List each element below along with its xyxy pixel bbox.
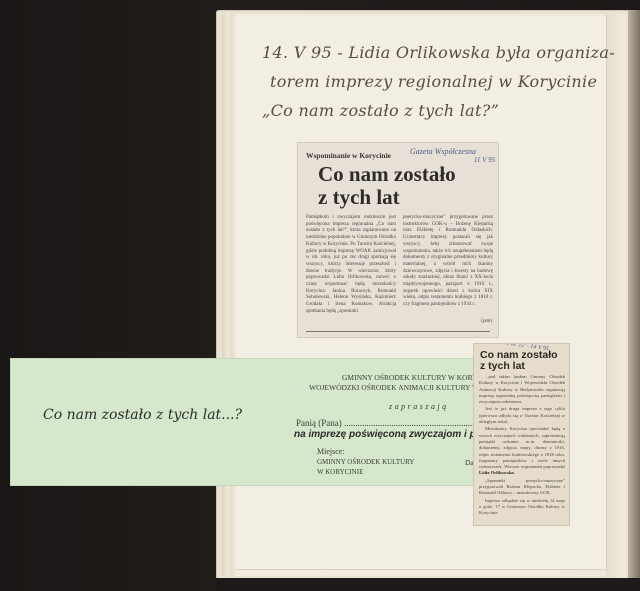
clipping-column-2: poetycko-muzyczne” przygotowane przez in… [403, 215, 493, 309]
clipping-headline: Co nam zostało z tych lat [318, 163, 498, 209]
paragraph: Jest to już druga impreza z tego cyklu (… [479, 406, 565, 425]
invitation-place-line-1: GMINNY OŚRODEK KULTURY [317, 458, 415, 466]
invitation-addressee: Panią (Pana) ...........................… [296, 418, 474, 428]
headline-line: z tych lat [318, 186, 498, 209]
newspaper-clipping-small: K. Por. 12 – 14 V 95 Co nam zostało z ty… [474, 344, 569, 525]
headline-line: Co nam zostało [318, 163, 498, 186]
paragraph: „Spominki poetycko-muzyczne” przygotowal… [479, 478, 565, 497]
newspaper-clipping-main: Wspominanie w Korycinie Gazeta Współczes… [298, 143, 498, 337]
bottom-shadow [216, 578, 640, 591]
paragraph: Mieszkańcy Korycina opowiadać będą o swo… [479, 426, 565, 476]
bold-name: Lidia Orlikowska. [479, 470, 515, 475]
invitation-place-line-2: W KORYCINIE [317, 468, 363, 476]
clipping-signature: (jam) [481, 319, 492, 324]
handwritten-note: 14. V 95 - Lidia Orlikowska była organiz… [262, 38, 622, 125]
clipping-small-headline: Co nam zostało z tych lat [480, 350, 558, 372]
clipping-pen-note: Gazeta Współczesna [410, 147, 476, 156]
paragraph-text: Mieszkańcy Korycina opowiadać będą o swo… [479, 426, 565, 469]
invitation-title: Co nam zostało z tych lat...? [43, 407, 242, 423]
handwritten-line: „Co nam zostało z tych lat?” [262, 96, 622, 125]
clipping-section-title: Wspominanie w Korycinie [306, 151, 391, 160]
invitation-place-label: Miejsce: [317, 447, 345, 456]
invitation-verb: zapraszają [389, 402, 449, 411]
invitation-card: Co nam zostało z tych lat...? GMINNY OŚR… [11, 359, 497, 485]
clipping-column-1: Pamiątkom i zwyczajom rodzinnym jest poś… [306, 215, 396, 316]
paragraph: ...pod takim hasłem Gminny Ośrodek Kultu… [479, 374, 565, 405]
handwritten-line: 14. V 95 - Lidia Orlikowska była organiz… [262, 38, 622, 67]
headline-line: z tych lat [480, 361, 558, 372]
clipping-small-body: ...pod takim hasłem Gminny Ośrodek Kultu… [479, 374, 565, 518]
paragraph: Impreza odbędzie się w niedzielę 14 maja… [479, 498, 565, 517]
handwritten-line: torem imprezy regionalnej w Korycinie [262, 67, 622, 96]
album-binding-shadow [628, 10, 640, 582]
clipping-divider [306, 331, 490, 332]
